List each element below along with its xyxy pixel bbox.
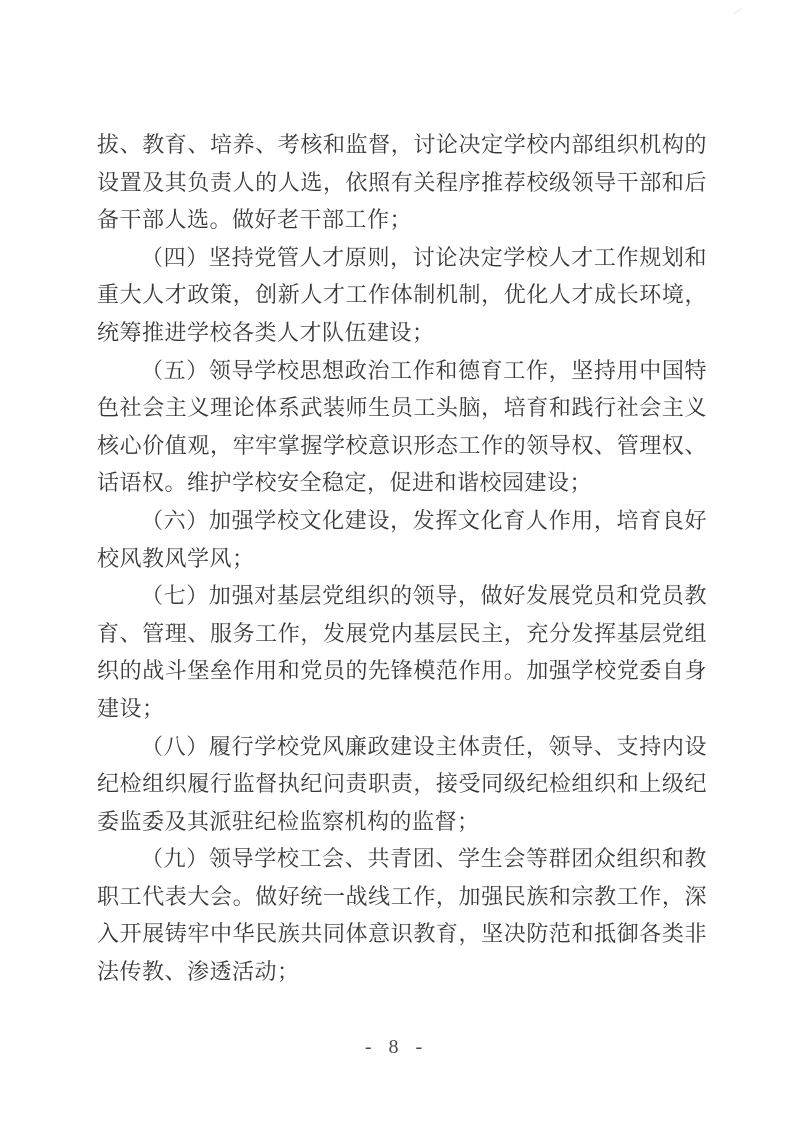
document-page: 拔、教育、培养、考核和监督，讨论决定学校内部组织机构的设置及其负责人的人选，依照… (0, 0, 793, 1121)
document-body: 拔、教育、培养、考核和监督，讨论决定学校内部组织机构的设置及其负责人的人选，依照… (97, 126, 707, 991)
paragraph-item-7: （七）加强对基层党组织的领导，做好发展党员和党员教育、管理、服务工作，发展党内基… (97, 577, 707, 727)
page-number: - 8 - (0, 1036, 793, 1059)
paragraph-continuation: 拔、教育、培养、考核和监督，讨论决定学校内部组织机构的设置及其负责人的人选，依照… (97, 126, 707, 239)
paragraph-item-4: （四）坚持党管人才原则，讨论决定学校人才工作规划和重大人才政策，创新人才工作体制… (97, 239, 707, 352)
paragraph-item-5: （五）领导学校思想政治工作和德育工作，坚持用中国特色社会主义理论体系武装师生员工… (97, 352, 707, 502)
paragraph-item-6: （六）加强学校文化建设，发挥文化育人作用，培育良好校风教风学风； (97, 502, 707, 577)
paragraph-item-9: （九）领导学校工会、共青团、学生会等群团众组织和教职工代表大会。做好统一战线工作… (97, 840, 707, 990)
paragraph-item-8: （八）履行学校党风廉政建设主体责任，领导、支持内设纪检组织履行监督执纪问责职责，… (97, 728, 707, 841)
scan-artifact (733, 7, 742, 14)
